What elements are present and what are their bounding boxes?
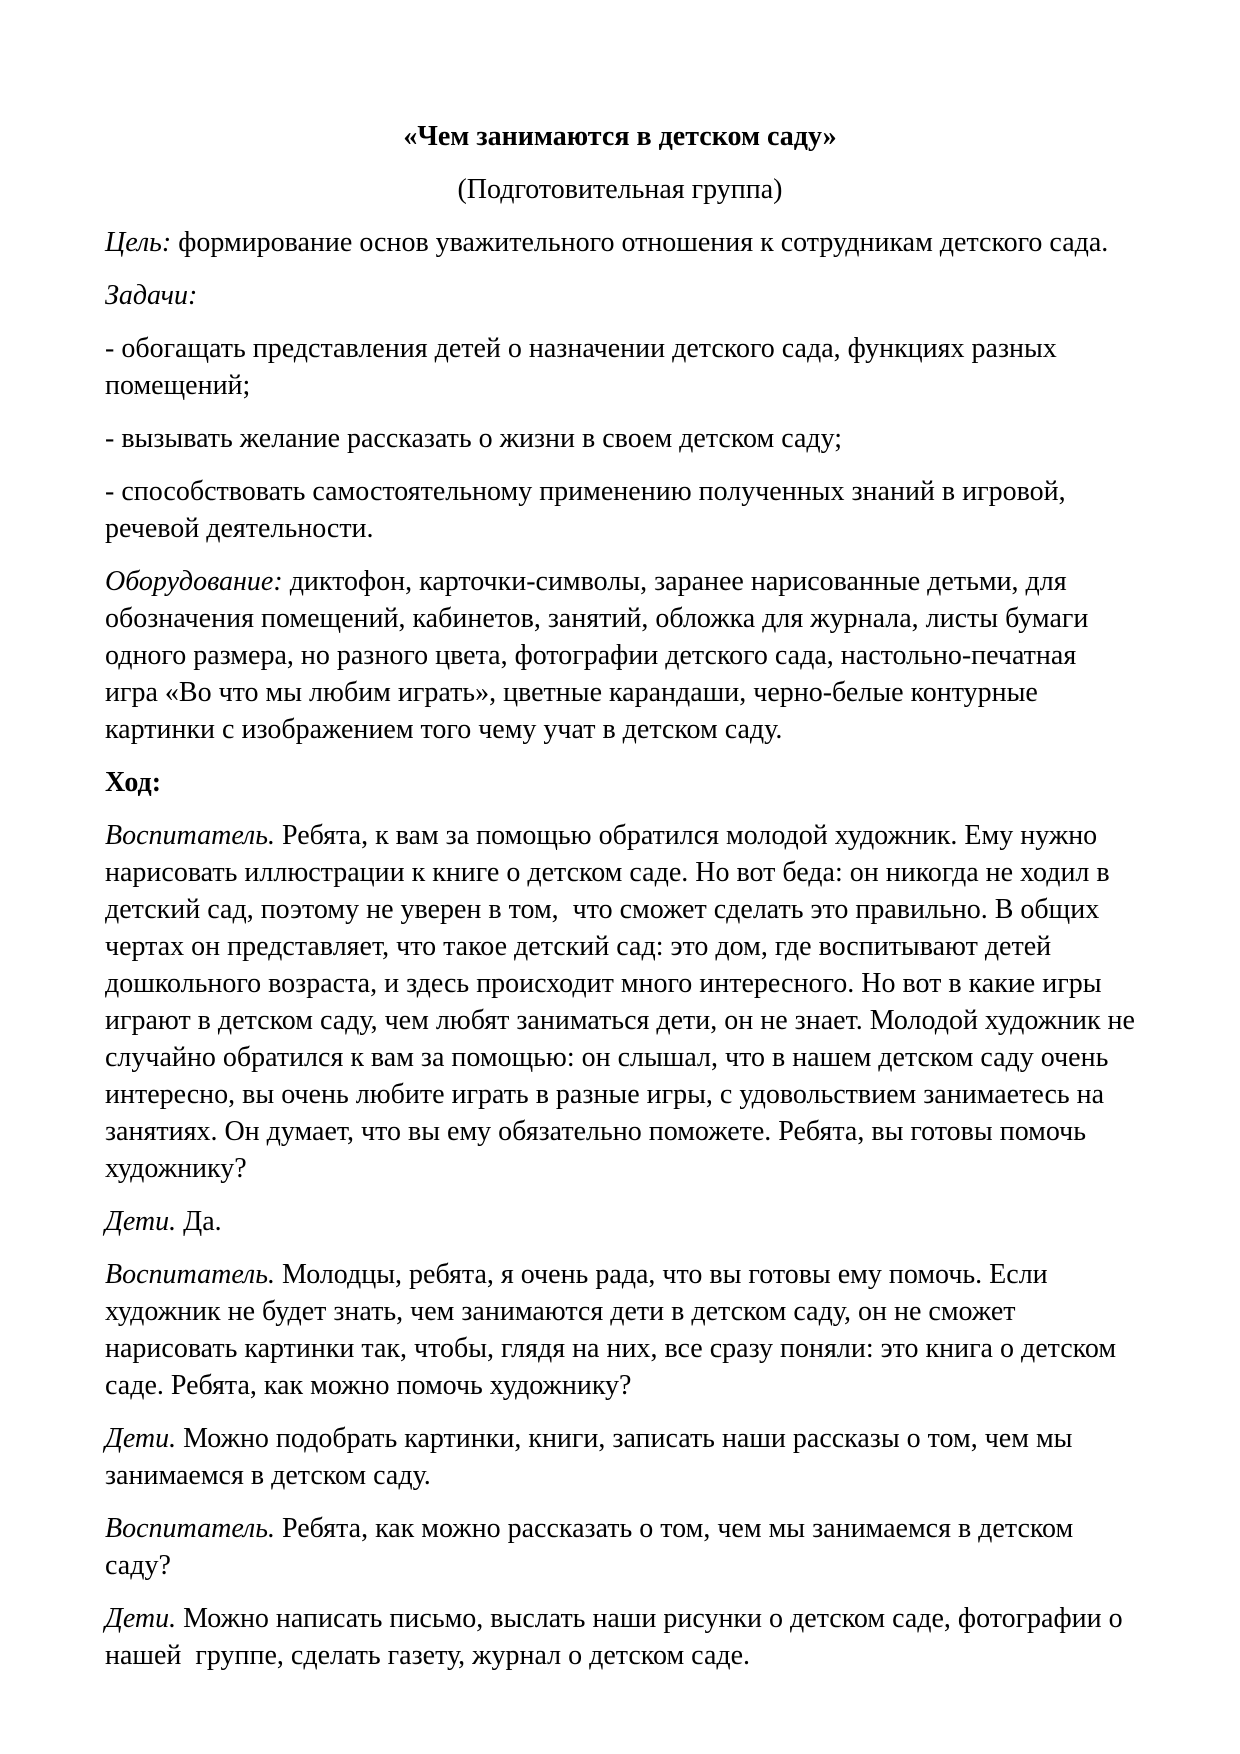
paragraph-lead-label: Воспитатель. [105, 1513, 275, 1544]
dialog-children: Дети. Можно подобрать картинки, книги, з… [105, 1420, 1135, 1494]
paragraph-text: Да. [176, 1206, 222, 1237]
paragraph-lead-label: Оборудование: [105, 566, 283, 597]
tasks-heading: Задачи: [105, 277, 1135, 314]
document-subtitle: (Подготовительная группа) [105, 171, 1135, 208]
paragraph-text: (Подготовительная группа) [457, 174, 782, 205]
goal-paragraph: Цель: формирование основ уважительного о… [105, 224, 1135, 261]
document-title: «Чем занимаются в детском саду» [105, 118, 1135, 155]
paragraph-text: Можно подобрать картинки, книги, записат… [105, 1423, 1079, 1491]
paragraph-lead-label: Воспитатель. [105, 1259, 275, 1290]
paragraph-text: - обогащать представления детей о назнач… [105, 333, 1064, 401]
course-heading: Ход: [105, 764, 1135, 801]
equipment-paragraph: Оборудование: диктофон, карточки-символы… [105, 563, 1135, 748]
task-item: - вызывать желание рассказать о жизни в … [105, 420, 1135, 457]
paragraph-lead-label: Воспитатель. [105, 820, 275, 851]
paragraph-lead-label: Задачи: [105, 280, 197, 311]
paragraph-lead-label: Дети. [105, 1423, 176, 1454]
paragraph-text: «Чем занимаются в детском саду» [403, 121, 836, 152]
dialog-children: Дети. Можно написать письмо, выслать наш… [105, 1600, 1135, 1674]
dialog-teacher: Воспитатель. Молодцы, ребята, я очень ра… [105, 1256, 1135, 1404]
dialog-teacher: Воспитатель. Ребята, к вам за помощью об… [105, 817, 1135, 1187]
paragraph-text: Ребята, к вам за помощью обратился молод… [105, 820, 1142, 1184]
paragraph-lead-label: Цель: [105, 227, 171, 258]
task-item: - обогащать представления детей о назнач… [105, 330, 1135, 404]
paragraph-text: Можно написать письмо, выслать наши рису… [105, 1603, 1130, 1671]
dialog-teacher: Воспитатель. Ребята, как можно рассказат… [105, 1510, 1135, 1584]
paragraph-text: - вызывать желание рассказать о жизни в … [105, 423, 842, 454]
paragraph-text: формирование основ уважительного отношен… [171, 227, 1108, 258]
paragraph-text: - способствовать самостоятельному примен… [105, 476, 1073, 544]
document-page: «Чем занимаются в детском саду»(Подготов… [0, 0, 1240, 1754]
paragraph-lead-label: Дети. [105, 1206, 176, 1237]
paragraph-lead-label: Ход: [105, 767, 161, 798]
dialog-children: Дети. Да. [105, 1203, 1135, 1240]
paragraph-lead-label: Дети. [105, 1603, 176, 1634]
task-item: - способствовать самостоятельному примен… [105, 473, 1135, 547]
